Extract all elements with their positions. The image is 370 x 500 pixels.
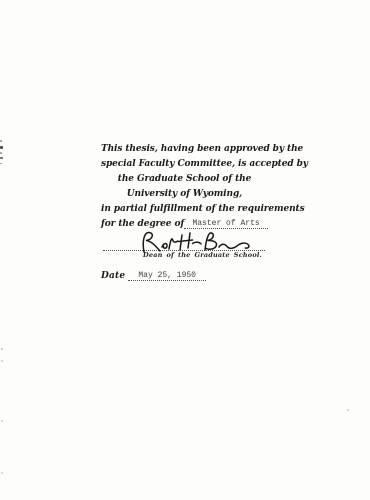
scan-speck — [1, 360, 3, 362]
dean-signature-handwriting — [135, 228, 271, 255]
scan-speck — [0, 157, 3, 159]
approval-line-2: special Faculty Committee, is accepted b… — [101, 157, 268, 172]
scan-speck — [1, 472, 3, 474]
approval-line-3: the Graduate School of the — [101, 172, 268, 187]
scan-speck — [1, 348, 3, 350]
date-value: May 25, 1950 — [138, 271, 196, 280]
scan-speck — [0, 146, 3, 149]
document-page: This thesis, having been approved by the… — [0, 0, 370, 500]
signature-area: Dean of the Graduate School. — [103, 234, 265, 259]
date-underline: May 25, 1950 — [128, 269, 206, 281]
degree-value: Master of Arts — [192, 219, 259, 228]
scan-speck — [0, 140, 2, 142]
signature-line — [103, 234, 265, 251]
approval-line-5: in partial fulfillment of the requiremen… — [101, 202, 268, 217]
scan-speck — [347, 409, 349, 411]
scan-speck — [1, 420, 3, 422]
approval-line-1: This thesis, having been approved by the — [101, 142, 268, 157]
date-line: Date May 25, 1950 — [101, 269, 206, 284]
approval-statement: This thesis, having been approved by the… — [101, 142, 268, 284]
scan-speck — [0, 163, 2, 164]
approval-line-4: University of Wyoming, — [101, 187, 268, 202]
scan-speck — [0, 152, 2, 154]
date-label: Date — [101, 269, 128, 284]
